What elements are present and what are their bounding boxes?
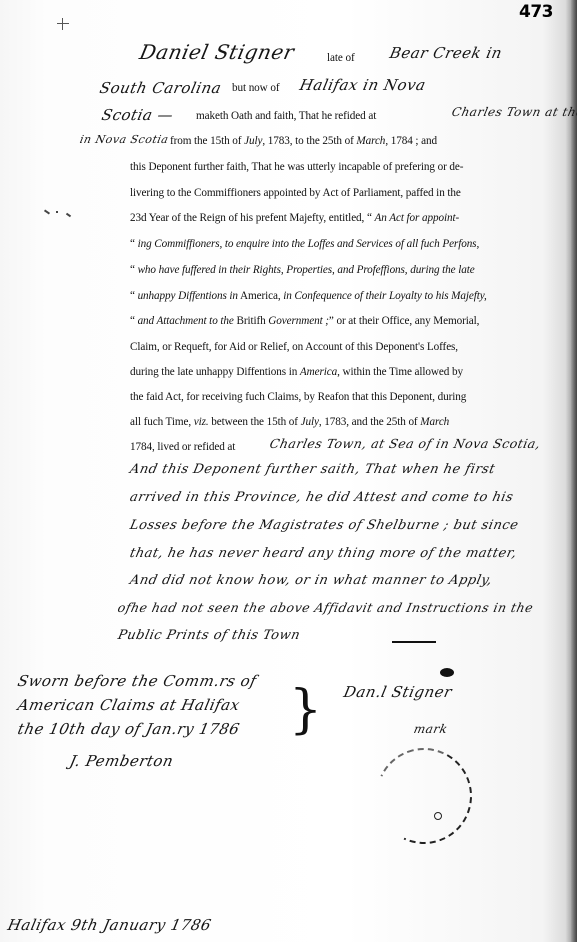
- printed-line-12: all fuch Time, viz. between the 15th of …: [130, 416, 449, 428]
- resided-at: Charles Town at the: [451, 105, 577, 119]
- handwritten-line-5: that, he has never heard any thing more …: [128, 546, 518, 561]
- printed-line-10: during the late unhappy Diffentions in A…: [130, 366, 463, 378]
- page-edge-shadow: [571, 0, 577, 942]
- seal-stamp-dot: [434, 812, 442, 820]
- former-state: South Carolina: [98, 79, 223, 97]
- handwritten-line-2: And this Deponent further saith, That wh…: [128, 462, 496, 477]
- handwritten-line-1: Charles Town, at Sea of in Nova Scotia,: [268, 436, 542, 451]
- printed-oath: maketh Oath and faith, That he refided a…: [196, 110, 376, 122]
- sworn-line-1: Sworn before the Comm.rs of: [16, 672, 258, 690]
- footer-date: Halifax 9th January 1786: [6, 916, 213, 934]
- printed-line-11: the faid Act, for receiving fuch Claims,…: [130, 391, 466, 403]
- deponent-name: Daniel Stigner: [137, 40, 296, 64]
- seal-stamp: [362, 734, 485, 857]
- printed-line-9: Claim, or Requeft, for Aid or Relief, on…: [130, 341, 458, 353]
- printed-line-2: this Deponent further faith, That he was…: [130, 161, 463, 173]
- printed-late-of: late of: [327, 52, 355, 64]
- printed-line-7: “ unhappy Diffentions in America, in Con…: [130, 290, 487, 302]
- sworn-line-3: the 10th day of Jan.ry 1786: [16, 720, 241, 738]
- sworn-line-2: American Claims at Halifax: [16, 696, 242, 714]
- end-flourish: [392, 641, 436, 643]
- current-residence: Halifax in Nova: [298, 76, 427, 94]
- margin-mark: [56, 211, 58, 213]
- handwritten-line-7: ofhe had not seen the above Affidavit an…: [116, 600, 534, 615]
- printed-line-8: “ and Attachment to the Britifh Governme…: [130, 315, 479, 327]
- sworn-brace: }: [289, 684, 322, 736]
- handwritten-line-4: Losses before the Magistrates of Shelbur…: [128, 518, 519, 533]
- printed-line-6: “ who have fuffered in their Rights, Pro…: [130, 264, 475, 276]
- printed-line-4: 23d Year of the Reign of his prefent Maj…: [130, 212, 459, 224]
- commissioner-signature: J. Pemberton: [68, 752, 175, 770]
- margin-mark: [44, 209, 50, 214]
- current-residence-cont: Scotia —: [100, 106, 175, 124]
- mark-cross: [440, 668, 454, 677]
- handwritten-line-8: Public Prints of this Town: [116, 628, 301, 643]
- printed-line-1: from the 15th of July, 1783, to the 25th…: [170, 135, 437, 147]
- printed-line-5: “ ing Commiffioners, to enquire into the…: [130, 238, 479, 250]
- former-residence: Bear Creek in: [388, 44, 504, 62]
- mark-label: mark: [413, 722, 450, 736]
- resided-at-cont: in Nova Scotia: [79, 133, 170, 146]
- document-page: 473 Daniel Stigner late of Bear Creek in…: [0, 0, 577, 942]
- deponent-signature: Dan.l Stigner: [342, 683, 454, 701]
- crosshair-icon: [57, 18, 69, 30]
- handwritten-line-3: arrived in this Province, he did Attest …: [128, 490, 514, 505]
- printed-but-now-of: but now of: [232, 82, 279, 94]
- printed-line-3: livering to the Commiffioners appointed …: [130, 187, 461, 199]
- handwritten-line-6: And did not know how, or in what manner …: [128, 573, 493, 588]
- page-number: 473: [519, 2, 553, 22]
- margin-mark: [66, 213, 71, 218]
- printed-line-13: 1784, lived or refided at: [130, 441, 235, 453]
